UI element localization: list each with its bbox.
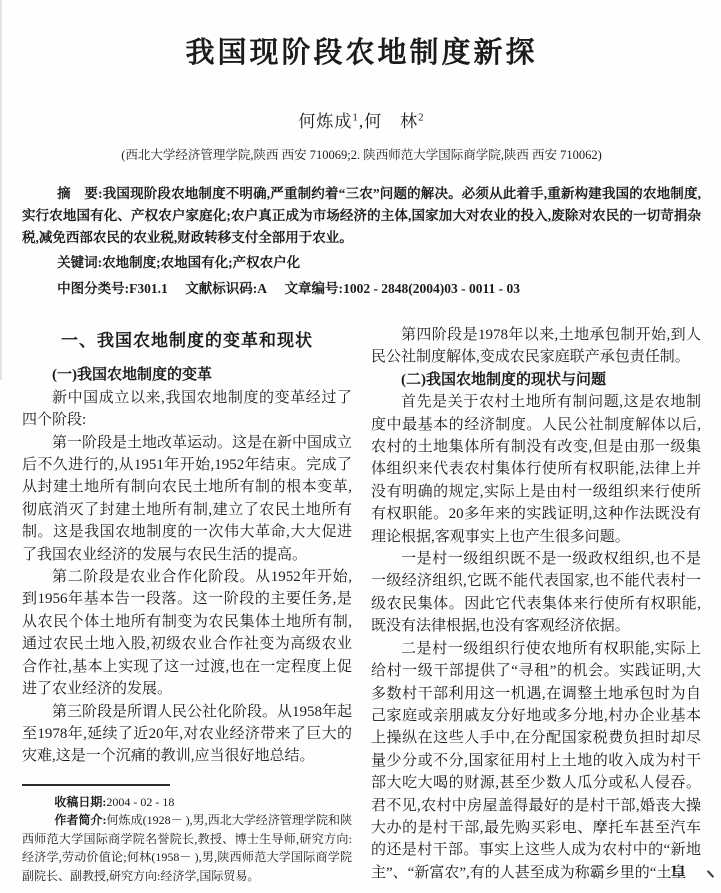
body-paragraph: 一是村一级组织既不是一级政权组织,也不是一级经济组织,它既不能代表国家,也不能代… [371,548,701,638]
body-paragraph: 第四阶段是1978年以来,土地承包制开始,到人民公社制度解体,变成农民家庭联产承… [371,324,701,369]
footnote-divider [22,784,170,786]
right-column: 第四阶段是1978年以来,土地承包制开始,到人民公社制度解体,变成农民家庭联产承… [371,324,701,887]
abstract-paragraph: 摘 要:我国现阶段农地制度不明确,严重制约着“三农”问题的解决。必须从此着手,重… [22,183,701,249]
doc-code-pair: 文献标识码:A [185,281,267,296]
clc-value: F301.1 [129,281,168,296]
body-paragraph: 第一阶段是土地改革运动。这是在新中国成立后不久进行的,从1951年开始,1952… [22,432,352,566]
doc-code-label: 文献标识码: [185,281,257,296]
article-header: 我国现阶段农地制度新探 何炼成1,何 林2 (西北大学经济管理学院,陕西 西安 … [22,30,701,163]
article-id-value: 1002 - 2848(2004)03 - 0011 - 03 [343,281,520,296]
section-heading: 一、我国农地制度的变革和现状 [22,330,352,352]
author-name: 何炼成 [298,112,352,131]
body-paragraph: 第二阶段是农业合作化阶段。从1952年开始,到1956年基本告一段落。这一阶段的… [22,566,352,700]
authors-line: 何炼成1,何 林2 [22,107,701,132]
author-bio-line: 作者简介:何炼成(1928－ ),男,西北大学经济管理学院和陕西师范大学国际商学… [22,811,352,885]
keywords-label: 关键词: [57,255,102,270]
keywords-text: 农地制度;农地国有化;产权农户化 [102,255,300,270]
subsection-heading: (一)我国农地制度的变革 [22,364,352,386]
abstract-label: 摘 要: [57,186,103,201]
author-superscript: 2 [418,111,425,123]
keywords-line: 关键词:农地制度;农地国有化;产权农户化 [22,252,701,274]
page-title: 我国现阶段农地制度新探 [22,30,701,71]
article-body: 一、我国农地制度的变革和现状 (一)我国农地制度的变革 新中国成立以来,我国农地… [22,324,701,887]
body-paragraph: 首先是关于农村土地所有制问题,这是农地制度中最基本的经济制度。人民公社制度解体以… [371,391,701,548]
body-paragraph: 二是村一级组织行使农地所有权职能,实际上给村一级干部提供了“寻租”的机会。实践证… [371,638,701,884]
abstract-block: 摘 要:我国现阶段农地制度不明确,严重制约着“三农”问题的解决。必须从此着手,重… [22,183,701,300]
body-paragraph: 第三阶段是所谓人民公社化阶段。从1958年起至1978年,延续了近20年,对农业… [22,701,352,768]
article-id-pair: 文章编号:1002 - 2848(2004)03 - 0011 - 03 [285,281,520,296]
affiliation-line: (西北大学经济管理学院,陕西 西安 710069;2. 陕西师范大学国际商学院,… [22,145,701,163]
received-date: 2004 - 02 - 18 [106,795,174,809]
doc-code-value: A [257,281,267,296]
page-number: 11 [670,863,687,881]
bio-label: 作者简介: [54,813,106,827]
article-id-label: 文章编号: [285,281,344,296]
classification-line: 中图分类号:F301.1文献标识码:A文章编号:1002 - 2848(2004… [22,278,701,300]
subsection-heading: (二)我国农地制度的现状与问题 [371,369,701,391]
received-date-line: 收稿日期:2004 - 02 - 18 [22,793,352,812]
left-column: 一、我国农地制度的变革和现状 (一)我国农地制度的变革 新中国成立以来,我国农地… [22,324,352,887]
clc-pair: 中图分类号:F301.1 [57,281,168,296]
body-paragraph: 新中国成立以来,我国农地制度的变革经过了四个阶段: [22,387,352,432]
received-label: 收稿日期: [54,795,106,809]
scan-artifact-mark [707,870,715,878]
journal-page: 我国现阶段农地制度新探 何炼成1,何 林2 (西北大学经济管理学院,陕西 西安 … [0,0,721,893]
author-name: 何 林 [364,112,418,131]
clc-label: 中图分类号: [57,281,129,296]
abstract-text: 我国现阶段农地制度不明确,严重制约着“三农”问题的解决。必须从此着手,重新构建我… [22,186,701,245]
footnote-block: 收稿日期:2004 - 02 - 18 作者简介:何炼成(1928－ ),男,西… [22,784,352,888]
scan-edge-artifact [0,0,2,380]
